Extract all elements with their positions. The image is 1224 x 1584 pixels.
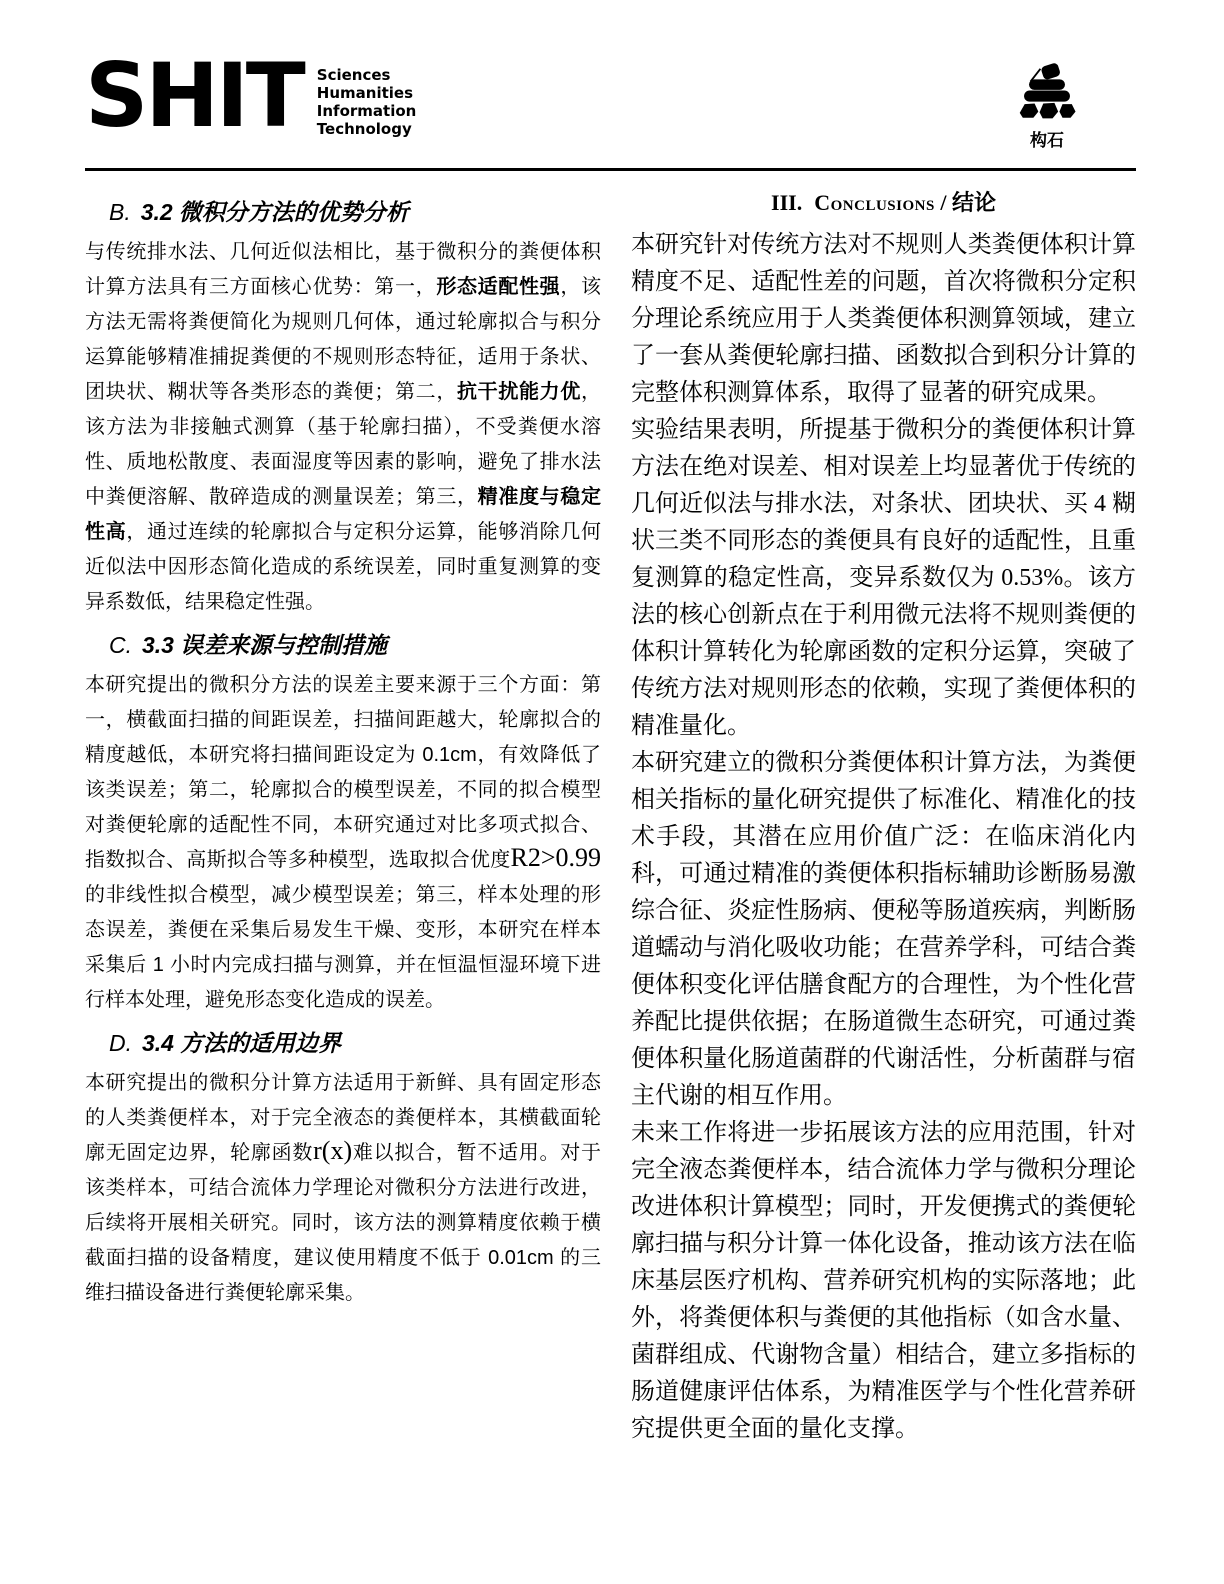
- body-text: ，通过连续的轮廓拟合与定积分运算，能够消除几何近似法中因形态简化造成的系统误差，…: [85, 521, 601, 613]
- section-letter: B.: [109, 199, 131, 225]
- paper-page: SHIT Sciences Humanities Information Tec…: [0, 0, 1224, 1584]
- journal-logo: SHIT: [85, 52, 303, 140]
- section-title: 微积分方法的优势分析: [179, 199, 409, 225]
- section-paragraph-3-2: 与传统排水法、几何近似法相比，基于微积分的粪便体积计算方法具有三方面核心优势：第…: [85, 235, 601, 620]
- bold-phrase: 形态适配性强: [436, 276, 560, 298]
- conclusion-paragraph-4: 未来工作将进一步拓展该方法的应用范围，针对完全液态粪便样本，结合流体力学与微积分…: [631, 1115, 1136, 1448]
- section-paragraph-3-4: 本研究提出的微积分计算方法适用于新鲜、具有固定形态的人类粪便样本，对于完全液态的…: [85, 1066, 601, 1311]
- conclusion-paragraph-2: 实验结果表明，所提基于微积分的粪便体积计算方法在绝对误差、相对误差上均显著优于传…: [631, 412, 1136, 745]
- section-letter: D.: [109, 1030, 132, 1056]
- heading-suffix: / 结论: [940, 190, 996, 215]
- section-number: 3.4: [142, 1030, 174, 1056]
- conclusions-heading: III.Conclusions / 结论: [631, 189, 1136, 217]
- heading-roman-numeral: III.: [771, 190, 802, 215]
- section-heading-3-4: D.3.4方法的适用边界: [109, 1028, 601, 1058]
- math-expression: R2>0.99: [510, 843, 601, 872]
- right-column: III.Conclusions / 结论 本研究针对传统方法对不规则人类粪便体积…: [631, 187, 1136, 1448]
- section-letter: C.: [109, 632, 132, 658]
- tagline-line: Technology: [317, 120, 417, 138]
- section-heading-3-2: B.3.2微积分方法的优势分析: [109, 197, 601, 227]
- journal-tagline: Sciences Humanities Information Technolo…: [317, 66, 417, 138]
- publisher-name: 构石: [1030, 126, 1064, 151]
- bold-phrase: 抗干扰能力优: [457, 381, 581, 403]
- journal-brand-block: SHIT Sciences Humanities Information Tec…: [85, 58, 416, 140]
- header-divider: [85, 168, 1136, 171]
- heading-title: Conclusions: [814, 190, 935, 215]
- paper-body: B.3.2微积分方法的优势分析 与传统排水法、几何近似法相比，基于微积分的粪便体…: [85, 187, 1136, 1448]
- conclusion-paragraph-3: 本研究建立的微积分粪便体积计算方法，为粪便相关指标的量化研究提供了标准化、精准化…: [631, 745, 1136, 1115]
- body-text: 的非线性拟合模型，减少模型误差；第三，样本处理的形态误差，粪便在采集后易发生干燥…: [85, 884, 601, 1011]
- tagline-line: Information: [317, 102, 417, 120]
- body-text: 难以拟合，暂不适用。对于该类样本，可结合流体力学理论对微积分方法进行改进，后续将…: [85, 1142, 601, 1304]
- math-expression: r(x): [313, 1136, 352, 1165]
- left-column: B.3.2微积分方法的优势分析 与传统排水法、几何近似法相比，基于微积分的粪便体…: [85, 187, 601, 1448]
- tagline-line: Humanities: [317, 84, 417, 102]
- body-text: 本研究提出的微积分方法的误差主要来源于三个方面：第一，横截面扫描的间距误差，扫描…: [85, 674, 601, 871]
- tagline-line: Sciences: [317, 66, 417, 84]
- section-number: 3.2: [141, 199, 173, 225]
- section-title: 方法的适用边界: [180, 1030, 341, 1056]
- section-heading-3-3: C.3.3误差来源与控制措施: [109, 630, 601, 660]
- journal-header: SHIT Sciences Humanities Information Tec…: [85, 58, 1136, 154]
- section-title: 误差来源与控制措施: [180, 632, 387, 658]
- conclusion-paragraph-1: 本研究针对传统方法对不规则人类粪便体积计算精度不足、适配性差的问题，首次将微积分…: [631, 227, 1136, 412]
- section-paragraph-3-3: 本研究提出的微积分方法的误差主要来源于三个方面：第一，横截面扫描的间距误差，扫描…: [85, 668, 601, 1018]
- rock-pile-icon: [1016, 62, 1078, 124]
- publisher-logo: 构石: [1016, 62, 1078, 151]
- section-number: 3.3: [142, 632, 174, 658]
